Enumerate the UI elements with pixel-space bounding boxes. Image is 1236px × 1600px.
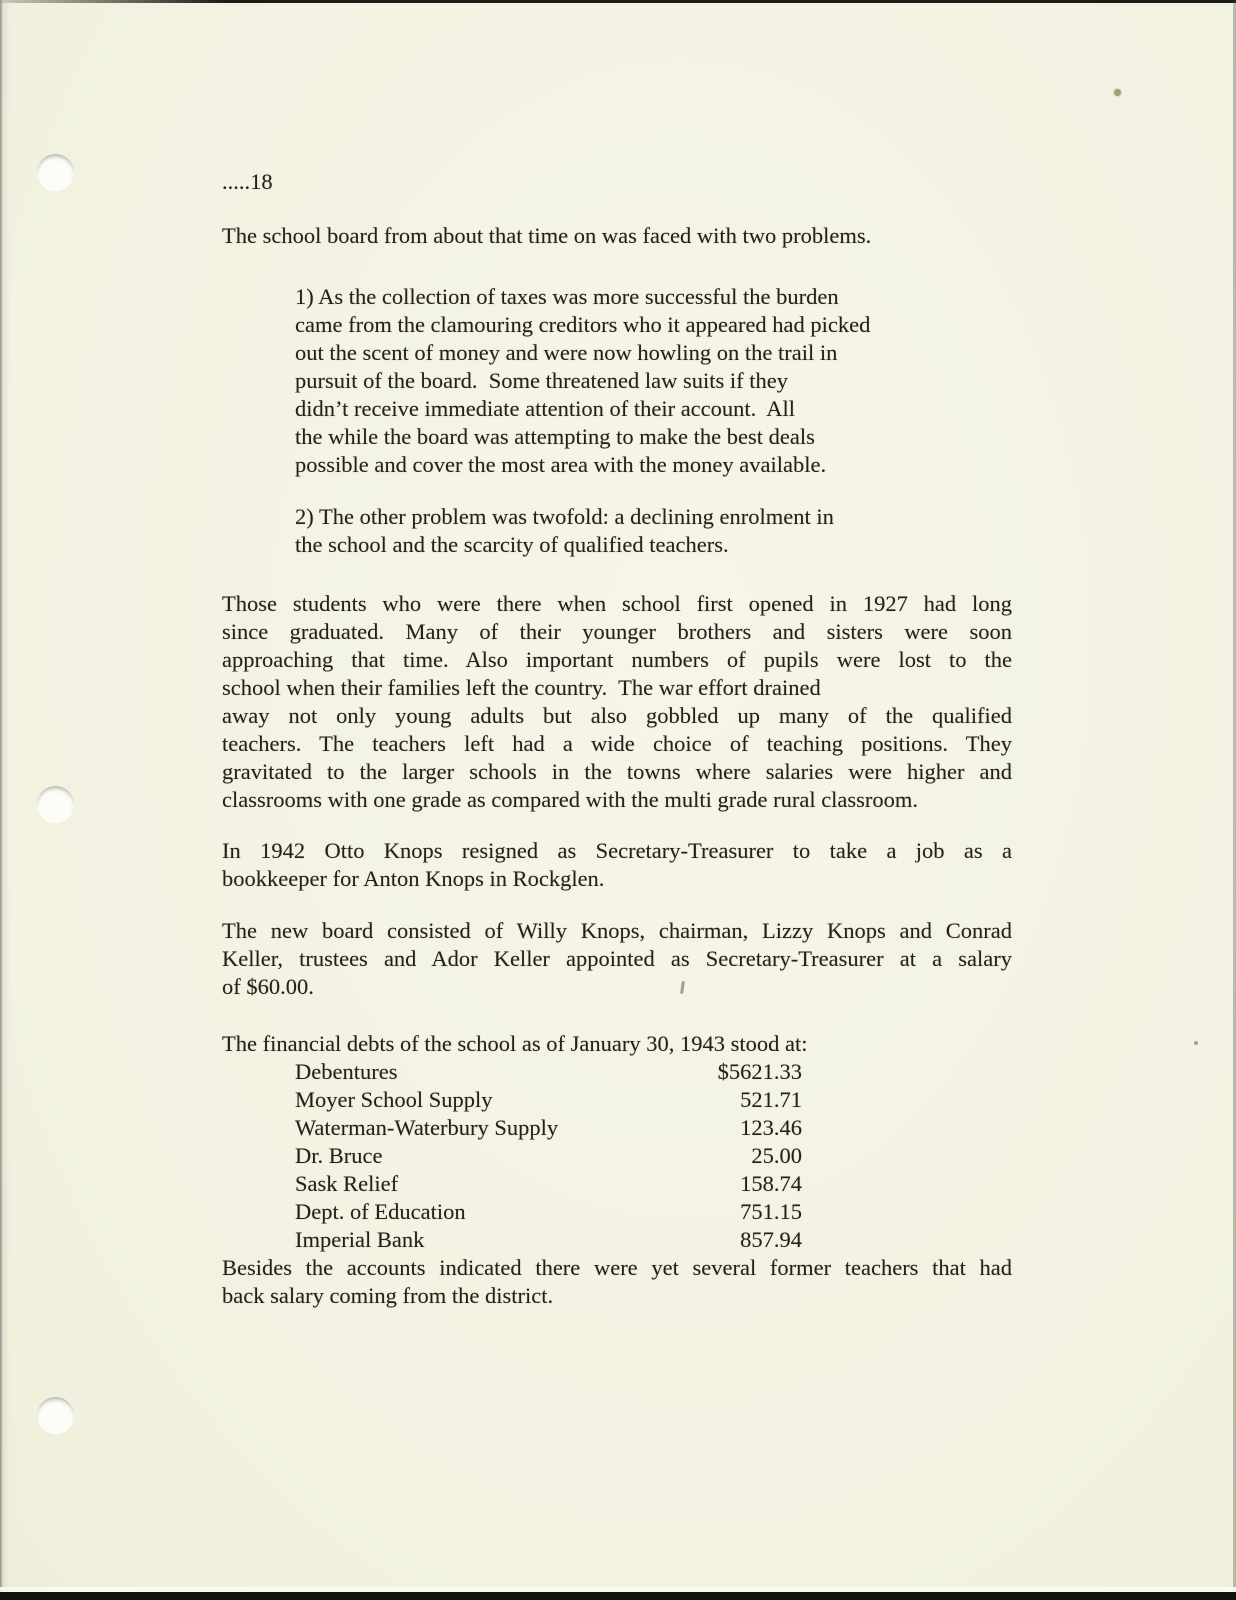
debt-name: Imperial Bank — [295, 1226, 740, 1254]
text-line: teachers. The teachers left had a wide c… — [222, 730, 1012, 758]
text-line: bookkeeper for Anton Knops in Rockglen. — [222, 865, 1012, 893]
text-line: came from the clamouring creditors who i… — [295, 311, 1012, 339]
text-line: classrooms with one grade as compared wi… — [222, 786, 1012, 814]
debt-row: Waterman-Waterbury Supply123.46 — [295, 1114, 802, 1142]
text-line: didn’t receive immediate attention of th… — [295, 395, 1012, 423]
text-line: gravitated to the larger schools in the … — [222, 758, 1012, 786]
text-line: the school and the scarcity of qualified… — [295, 531, 1012, 559]
paragraph: The school board from about that time on… — [222, 222, 1012, 250]
debt-row: Dept. of Education751.15 — [295, 1198, 802, 1226]
text-line: the while the board was attempting to ma… — [295, 423, 1012, 451]
paragraph: The new board consisted of Willy Knops, … — [222, 917, 1012, 1001]
debt-name: Dept. of Education — [295, 1198, 740, 1226]
text-line: away not only young adults but also gobb… — [222, 702, 1012, 730]
debt-amount: 751.15 — [740, 1198, 802, 1226]
numbered-item: 1) As the collection of taxes was more s… — [222, 283, 1012, 479]
hole-punch-middle — [37, 786, 74, 823]
scan-edge-left — [0, 0, 10, 1600]
paragraph: In 1942 Otto Knops resigned as Secretary… — [222, 837, 1012, 893]
text-line: approaching that time. Also important nu… — [222, 646, 1012, 674]
scan-edge-bottom — [0, 1592, 1236, 1600]
text-line: school when their families left the coun… — [222, 674, 1012, 702]
paragraph: The financial debts of the school as of … — [222, 1030, 1012, 1058]
text-line: out the scent of money and were now howl… — [295, 339, 1012, 367]
text-line: Besides the accounts indicated there wer… — [222, 1254, 1012, 1282]
document-text-column: .....18The school board from about that … — [222, 168, 1012, 1310]
text-line: The school board from about that time on… — [222, 222, 1012, 250]
text-line: of $60.00. — [222, 973, 1012, 1001]
debt-row: Moyer School Supply521.71 — [295, 1086, 802, 1114]
text-line: Keller, trustees and Ador Keller appoint… — [222, 945, 1012, 973]
scanned-page: .....18The school board from about that … — [0, 0, 1236, 1600]
text-line: possible and cover the most area with th… — [295, 451, 1012, 479]
text-line: pursuit of the board. Some threatened la… — [295, 367, 1012, 395]
debt-amount: 25.00 — [751, 1142, 802, 1170]
text-line: The new board consisted of Willy Knops, … — [222, 917, 1012, 945]
debt-row: Sask Relief158.74 — [295, 1170, 802, 1198]
debt-row: Imperial Bank857.94 — [295, 1226, 802, 1254]
page-number: .....18 — [222, 168, 1012, 196]
debts-table: Debentures$5621.33Moyer School Supply521… — [222, 1058, 802, 1254]
scan-edge-top — [0, 0, 1236, 3]
debt-row: Debentures$5621.33 — [295, 1058, 802, 1086]
paragraph: Those students who were there when schoo… — [222, 590, 1012, 814]
text-line: In 1942 Otto Knops resigned as Secretary… — [222, 837, 1012, 865]
text-line: 1) As the collection of taxes was more s… — [295, 283, 1012, 311]
text-line: Those students who were there when schoo… — [222, 590, 1012, 618]
debt-amount: 123.46 — [740, 1114, 802, 1142]
text-line: The financial debts of the school as of … — [222, 1030, 1012, 1058]
hole-punch-bottom — [37, 1397, 74, 1434]
text-line: since graduated. Many of their younger b… — [222, 618, 1012, 646]
text-line: 2) The other problem was twofold: a decl… — [295, 503, 1012, 531]
debt-amount: 158.74 — [740, 1170, 802, 1198]
text-line: back salary coming from the district. — [222, 1282, 1012, 1310]
debt-amount: 857.94 — [740, 1226, 802, 1254]
debt-amount: 521.71 — [740, 1086, 802, 1114]
numbered-item: 2) The other problem was twofold: a decl… — [222, 503, 1012, 559]
hole-punch-top — [37, 154, 74, 191]
debt-name: Debentures — [295, 1058, 718, 1086]
paper-speck — [1114, 89, 1121, 96]
paper-speck — [1194, 1041, 1198, 1045]
debt-name: Dr. Bruce — [295, 1142, 751, 1170]
debt-name: Moyer School Supply — [295, 1086, 740, 1114]
debt-amount: $5621.33 — [718, 1058, 802, 1086]
debt-name: Sask Relief — [295, 1170, 740, 1198]
debt-row: Dr. Bruce25.00 — [295, 1142, 802, 1170]
paragraph: Besides the accounts indicated there wer… — [222, 1254, 1012, 1310]
debt-name: Waterman-Waterbury Supply — [295, 1114, 740, 1142]
